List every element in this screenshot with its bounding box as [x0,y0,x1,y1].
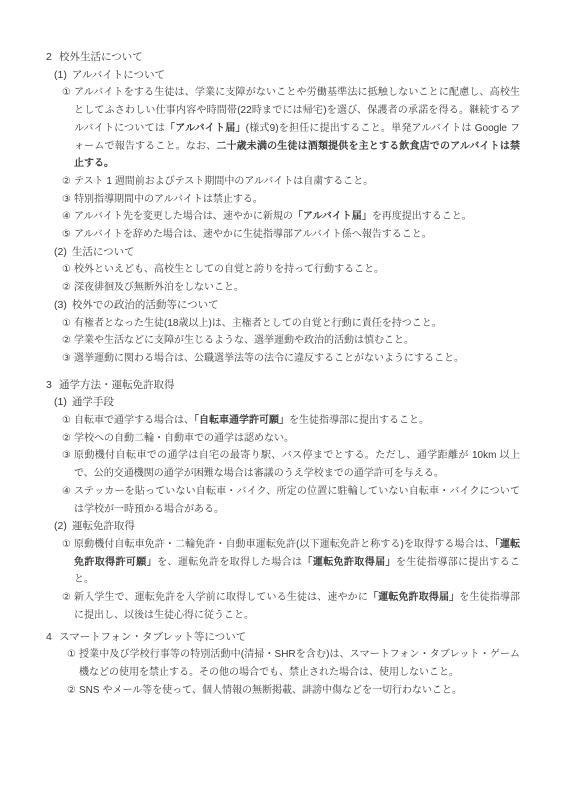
item-marker: ④ [62,483,74,518]
body-text: 選挙運動に関わる場合は、公職選挙法等の法令に違反することがないようにすること。 [74,353,464,364]
body-text: 学校への自動二輪・自動車での通学は認めない。 [74,433,294,444]
body-text: アルバイトを辞めた場合は、速やかに生徒指導部アルバイト係へ報告すること。 [74,229,432,240]
body-text: 学業や生活などに支障が生じるような、選挙運動や政治的活動は慎むこと。 [74,335,414,346]
item-marker: ② [62,332,74,350]
item-marker: ⑤ [62,226,74,244]
section-number: 2 [46,49,59,67]
section-4: 4スマートフォン・タブレット等について①授業中及び学校行事等の特別活動中(清掃・… [46,629,520,700]
item-text: 校外といえども、高校生としての自覚と誇りを持って行動すること。 [74,261,520,279]
item-list: ①授業中及び学校行事等の特別活動中(清掃・SHRを含む)は、スマートフォン・タブ… [46,646,520,699]
section-number: 4 [46,629,59,647]
body-text: 新入学生で、運転免許を入学前に取得している生徒は、速やかに [74,592,368,603]
list-item: ③原動機付自転車での通学は自宅の最寄り駅、バス停までとする。ただし、通学距離が … [62,447,520,482]
item-marker: ③ [62,447,74,482]
item-text: 特別指導期間中のアルバイトは禁止する。 [74,191,520,209]
emphasis-text: 「アルバイト届」 [165,123,246,134]
section-heading: 4スマートフォン・タブレット等について [46,629,520,647]
body-text: SNS やメール等を使って、個人情報の無断掲載、誹謗中傷などを一切行わないこと。 [79,685,462,696]
item-marker: ③ [62,350,74,368]
item-text: 深夜徘徊及び無断外泊をしないこと。 [74,279,520,297]
item-text: 自転車で通学する場合は、「自転車通学許可願」を生徒指導部に提出すること。 [74,412,520,430]
list-item: ⑤アルバイトを辞めた場合は、速やかに生徒指導部アルバイト係へ報告すること。 [62,226,520,244]
section-3: 3通学方法・運転免許取得(1)通学手段①自転車で通学する場合は、「自転車通学許可… [46,377,520,625]
list-item: ②学校への自動二輪・自動車での通学は認めない。 [62,430,520,448]
subsection-heading: (1)通学手段 [54,394,520,412]
item-marker: ① [62,261,74,279]
body-text: を、運転免許を取得した場合は [157,557,302,568]
item-text: アルバイト先を変更した場合は、速やかに新規の「アルバイト届」を再度提出すること。 [74,208,520,226]
subsection-title: 生活について [72,244,135,262]
section-2: 2校外生活について(1)アルバイトについて①アルバイトをする生徒は、学業に支障が… [46,49,520,368]
subsection-label: (1) [54,67,67,85]
item-text: 授業中及び学校行事等の特別活動中(清掃・SHRを含む)は、スマートフォン・タブレ… [79,646,520,681]
body-text: 特別指導期間中のアルバイトは禁止する。 [74,194,263,205]
item-text: ステッカーを貼っていない自転車・バイク、所定の位置に駐輪していない自転車・バイク… [74,483,520,518]
item-text: 原動機付自転車での通学は自宅の最寄り駅、バス停までとする。ただし、通学距離が 1… [74,447,520,482]
body-text: テスト 1 週間前およびテスト期間中のアルバイトは自粛すること。 [74,176,373,187]
subsection-label: (2) [54,518,67,536]
section-title: スマートフォン・タブレット等について [59,629,520,647]
body-text: 有権者となった生徒(18歳以上)は、主権者としての自覚と行動に責任を持つこと。 [74,318,442,329]
body-text: 授業中及び学校行事等の特別活動中(清掃・SHRを含む)は、スマートフォン・タブレ… [79,649,520,678]
list-item: ②学業や生活などに支障が生じるような、選挙運動や政治的活動は慎むこと。 [62,332,520,350]
item-list: ①原動機付自転車免許・二輪免許・自動車運転免許(以下運転免許と称する)を取得する… [46,536,520,625]
section-title: 校外生活について [59,49,520,67]
item-text: SNS やメール等を使って、個人情報の無断掲載、誹謗中傷などを一切行わないこと。 [79,682,520,700]
body-text: 校外といえども、高校生としての自覚と誇りを持って行動すること。 [74,264,384,275]
subsection-label: (1) [54,394,67,412]
list-item: ②テスト 1 週間前およびテスト期間中のアルバイトは自粛すること。 [62,173,520,191]
item-list: ①アルバイトをする生徒は、学業に支障がないことや労働基準法に抵触しないことに配慮… [46,84,520,243]
body-text: 自転車で通学する場合は、 [74,415,194,426]
subsection-label: (2) [54,244,67,262]
item-text: テスト 1 週間前およびテスト期間中のアルバイトは自粛すること。 [74,173,520,191]
item-text: 原動機付自転車免許・二輪免許・自動車運転免許(以下運転免許と称する)を取得する場… [74,536,520,589]
body-text: 深夜徘徊及び無断外泊をしないこと。 [74,282,244,293]
list-item: ①有権者となった生徒(18歳以上)は、主権者としての自覚と行動に責任を持つこと。 [62,315,520,333]
body-text: 原動機付自転車での通学は自宅の最寄り駅、バス停までとする。ただし、通学距離が 1… [74,450,520,479]
body-text: アルバイト先を変更した場合は、速やかに新規の [74,211,293,222]
body-text: を再度提出すること。 [372,211,472,222]
emphasis-text: 「運転免許取得届」 [368,592,459,603]
item-marker: ② [62,589,74,624]
subsection-heading: (2)生活について [54,244,520,262]
item-text: 新入学生で、運転免許を入学前に取得している生徒は、速やかに「運転免許取得届」を生… [74,589,520,624]
item-marker: ② [62,279,74,297]
item-marker: ① [67,646,79,681]
section-heading: 2校外生活について [46,49,520,67]
item-marker: ① [62,412,74,430]
item-marker: ② [62,430,74,448]
list-item: ③特別指導期間中のアルバイトは禁止する。 [62,191,520,209]
item-text: 学校への自動二輪・自動車での通学は認めない。 [74,430,520,448]
item-list: ①校外といえども、高校生としての自覚と誇りを持って行動すること。②深夜徘徊及び無… [46,261,520,296]
subsection-heading: (1)アルバイトについて [54,67,520,85]
subsection-title: 校外での政治的活動等について [72,297,219,315]
item-marker: ④ [62,208,74,226]
subsection-title: アルバイトについて [72,67,165,85]
item-text: 学業や生活などに支障が生じるような、選挙運動や政治的活動は慎むこと。 [74,332,520,350]
list-item: ①授業中及び学校行事等の特別活動中(清掃・SHRを含む)は、スマートフォン・タブ… [67,646,520,681]
emphasis-text: 「自転車通学許可願」 [194,415,289,426]
list-item: ②新入学生で、運転免許を入学前に取得している生徒は、速やかに「運転免許取得届」を… [62,589,520,624]
list-item: ①校外といえども、高校生としての自覚と誇りを持って行動すること。 [62,261,520,279]
body-text: ステッカーを貼っていない自転車・バイク、所定の位置に駐輪していない自転車・バイク… [74,486,520,515]
document-body: 2校外生活について(1)アルバイトについて①アルバイトをする生徒は、学業に支障が… [0,0,566,699]
item-marker: ① [62,315,74,333]
list-item: ④アルバイト先を変更した場合は、速やかに新規の「アルバイト届」を再度提出すること… [62,208,520,226]
item-marker: ① [62,536,74,589]
subsection-title: 運転免許取得 [72,518,135,536]
subsection-title: 通学手段 [72,394,114,412]
item-marker: ② [67,682,79,700]
list-item: ②深夜徘徊及び無断外泊をしないこと。 [62,279,520,297]
body-text: 原動機付自転車免許・二輪免許・自動車運転免許(以下運転免許と称する)を取得する場… [74,539,495,550]
item-text: アルバイトを辞めた場合は、速やかに生徒指導部アルバイト係へ報告すること。 [74,226,520,244]
list-item: ①自転車で通学する場合は、「自転車通学許可願」を生徒指導部に提出すること。 [62,412,520,430]
list-item: ③選挙運動に関わる場合は、公職選挙法等の法令に違反することがないようにすること。 [62,350,520,368]
item-text: アルバイトをする生徒は、学業に支障がないことや労働基準法に抵触しないことに配慮し… [74,84,520,173]
item-text: 有権者となった生徒(18歳以上)は、主権者としての自覚と行動に責任を持つこと。 [74,315,520,333]
subsection-label: (3) [54,297,67,315]
section-number: 3 [46,377,59,395]
subsection-heading: (2)運転免許取得 [54,518,520,536]
item-text: 選挙運動に関わる場合は、公職選挙法等の法令に違反することがないようにすること。 [74,350,520,368]
list-item: ①アルバイトをする生徒は、学業に支障がないことや労働基準法に抵触しないことに配慮… [62,84,520,173]
subsection-heading: (3)校外での政治的活動等について [54,297,520,315]
emphasis-text: 「運転免許取得届」 [302,557,395,568]
item-marker: ③ [62,191,74,209]
section-heading: 3通学方法・運転免許取得 [46,377,520,395]
item-list: ①自転車で通学する場合は、「自転車通学許可願」を生徒指導部に提出すること。②学校… [46,412,520,518]
item-list: ①有権者となった生徒(18歳以上)は、主権者としての自覚と行動に責任を持つこと。… [46,315,520,368]
list-item: ①原動機付自転車免許・二輪免許・自動車運転免許(以下運転免許と称する)を取得する… [62,536,520,589]
list-item: ②SNS やメール等を使って、個人情報の無断掲載、誹謗中傷などを一切行わないこと… [67,682,520,700]
emphasis-text: 「アルバイト届」 [293,211,372,222]
document-page: 2校外生活について(1)アルバイトについて①アルバイトをする生徒は、学業に支障が… [0,0,566,800]
section-title: 通学方法・運転免許取得 [59,377,520,395]
item-marker: ② [62,173,74,191]
item-marker: ① [62,84,74,173]
body-text: を生徒指導部に提出すること。 [289,415,429,426]
list-item: ④ステッカーを貼っていない自転車・バイク、所定の位置に駐輪していない自転車・バイ… [62,483,520,518]
